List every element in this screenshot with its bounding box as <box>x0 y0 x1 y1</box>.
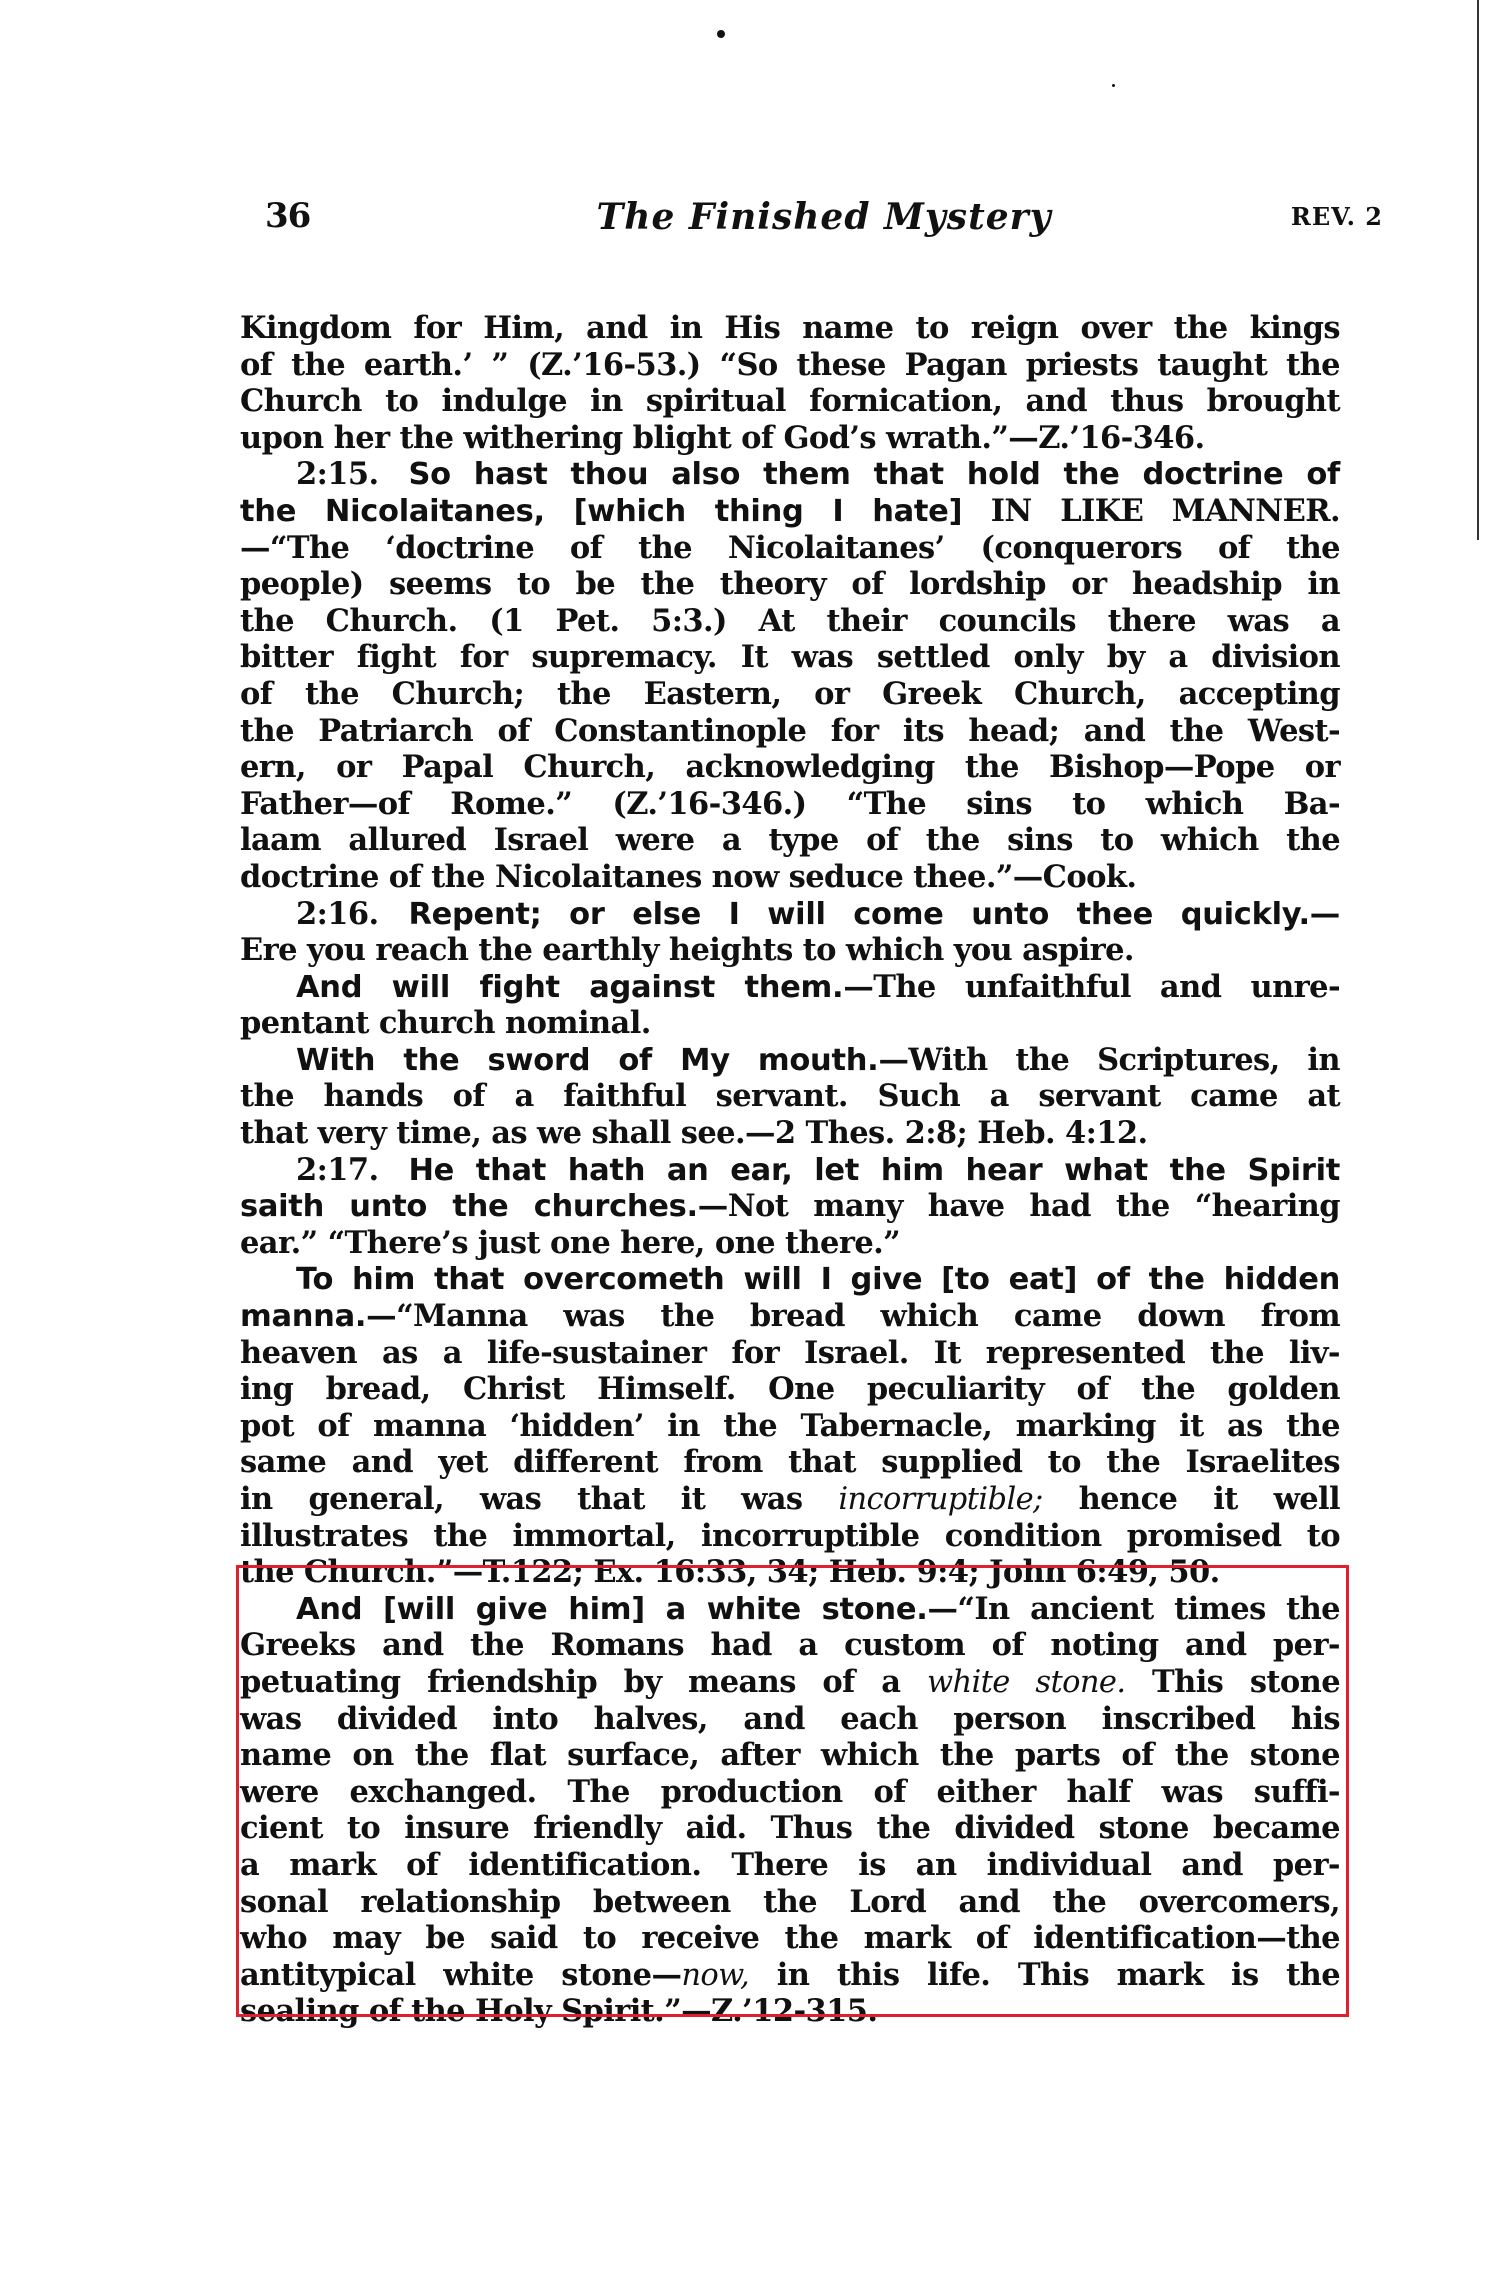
scripture-quote: Repent; or else I will come unto thee qu… <box>408 897 1340 932</box>
text-line: of the Church; the Eastern, or Greek Chu… <box>240 676 1340 713</box>
text-line: ing bread, Christ Himself. One peculiari… <box>240 1371 1340 1408</box>
scripture-quote: And will fight against them. <box>296 970 843 1005</box>
text-line: heaven as a life-sustainer for Israel. I… <box>240 1335 1340 1372</box>
text-line: laam allured Israel were a type of the s… <box>240 822 1340 859</box>
section-reference: REV. 2 <box>1291 202 1383 231</box>
highlighted-text-line: Greeks and the Romans had a custom of no… <box>240 1627 1340 1664</box>
highlighted-text-line: name on the flat surface, after which th… <box>240 1737 1340 1774</box>
text-line: pot of manna ‘hidden’ in the Tabernacle,… <box>240 1408 1340 1445</box>
verse-number: 2:16. <box>296 896 408 932</box>
italic-emphasis: now, <box>681 1958 749 1993</box>
text-line: saith unto the churches.—Not many have h… <box>240 1188 1340 1225</box>
highlighted-text-line: And [will give him] a white stone.—“In a… <box>240 1591 1340 1628</box>
scripture-quote: With the sword of My mouth. <box>296 1043 878 1078</box>
verse-number: 2:17. <box>296 1152 408 1188</box>
highlighted-text-line: petuating friendship by means of a white… <box>240 1664 1340 1701</box>
text-line: that very time, as we shall see.—2 Thes.… <box>240 1115 1340 1152</box>
text-line: the hands of a faithful servant. Such a … <box>240 1078 1340 1115</box>
text-line: the Patriarch of Constantinople for its … <box>240 713 1340 750</box>
text-line: Father—of Rome.” (Z.’16-346.) “The sins … <box>240 786 1340 823</box>
text-line: To him that overcometh will I give [to e… <box>240 1261 1340 1298</box>
highlighted-text-line: cient to insure friendly aid. Thus the d… <box>240 1810 1340 1847</box>
text-line: illustrates the immortal, incorruptible … <box>240 1518 1340 1555</box>
scripture-quote: So hast thou also them that hold the doc… <box>408 457 1340 492</box>
highlighted-text-line: a mark of identification. There is an in… <box>240 1847 1340 1884</box>
scan-speck <box>717 30 725 38</box>
text-line: 2:17. He that hath an ear, let him hear … <box>240 1152 1340 1189</box>
text-line: of the earth.’ ” (Z.’16-53.) “So these P… <box>240 347 1340 384</box>
text-line: ear.” “There’s just one here, one there.… <box>240 1225 1340 1262</box>
scripture-quote: the Nicolaitanes, [which thing I hate] <box>240 494 962 529</box>
text-line: people) seems to be the theory of lordsh… <box>240 566 1340 603</box>
text-line: And will fight against them.—The unfaith… <box>240 969 1340 1006</box>
scripture-quote: He that hath an ear, let him hear what t… <box>408 1153 1340 1188</box>
scripture-quote: saith unto the churches. <box>240 1189 698 1224</box>
page-header: 36 The Finished Mystery REV. 2 <box>265 196 1383 244</box>
scripture-quote: To him that overcometh will I give [to e… <box>296 1262 1340 1297</box>
highlighted-text-line: were exchanged. The production of either… <box>240 1774 1340 1811</box>
text-line: doctrine of the Nicolaitanes now seduce … <box>240 859 1340 896</box>
page-body: Kingdom for Him, and in His name to reig… <box>240 310 1340 2030</box>
text-line: in general, was that it was incorruptibl… <box>240 1481 1340 1518</box>
italic-emphasis: incorruptible; <box>838 1482 1042 1517</box>
scripture-quote: manna. <box>240 1299 366 1334</box>
text-line: 2:15. So hast thou also them that hold t… <box>240 456 1340 493</box>
text-line: Church to indulge in spiritual fornicati… <box>240 383 1340 420</box>
highlighted-text-line: sonal relationship between the Lord and … <box>240 1884 1340 1921</box>
highlighted-text-line: antitypical white stone—now, in this lif… <box>240 1957 1340 1994</box>
verse-number: 2:15. <box>296 456 408 492</box>
text-line: pentant church nominal. <box>240 1005 1340 1042</box>
text-line: ern, or Papal Church, acknowledging the … <box>240 749 1340 786</box>
text-line: —“The ‘doctrine of the Nicolaitanes’ (co… <box>240 530 1340 567</box>
highlighted-text-line: sealing of the Holy Spirit.”—Z.’12-315. <box>240 1993 1340 2030</box>
scan-speck <box>1112 84 1115 87</box>
text-line: With the sword of My mouth.—With the Scr… <box>240 1042 1340 1079</box>
scripture-quote: And [will give him] a white stone. <box>296 1592 928 1627</box>
text-line: the Church.”—T.122; Ex. 16:33, 34; Heb. … <box>240 1554 1340 1591</box>
highlighted-text-line: who may be said to receive the mark of i… <box>240 1920 1340 1957</box>
text-line: manna.—“Manna was the bread which came d… <box>240 1298 1340 1335</box>
text-line: Ere you reach the earthly heights to whi… <box>240 932 1340 969</box>
text-line: Kingdom for Him, and in His name to reig… <box>240 310 1340 347</box>
highlighted-text-line: was divided into halves, and each person… <box>240 1701 1340 1738</box>
text-line: the Nicolaitanes, [which thing I hate] I… <box>240 493 1340 530</box>
scan-margin-line <box>1477 0 1479 540</box>
text-line: the Church. (1 Pet. 5:3.) At their counc… <box>240 603 1340 640</box>
running-title: The Finished Mystery <box>265 196 1383 238</box>
italic-emphasis: white stone. <box>927 1665 1126 1700</box>
text-line: bitter fight for supremacy. It was settl… <box>240 639 1340 676</box>
text-line: same and yet different from that supplie… <box>240 1444 1340 1481</box>
text-line: 2:16. Repent; or else I will come unto t… <box>240 896 1340 933</box>
text-line: upon her the withering blight of God’s w… <box>240 420 1340 457</box>
